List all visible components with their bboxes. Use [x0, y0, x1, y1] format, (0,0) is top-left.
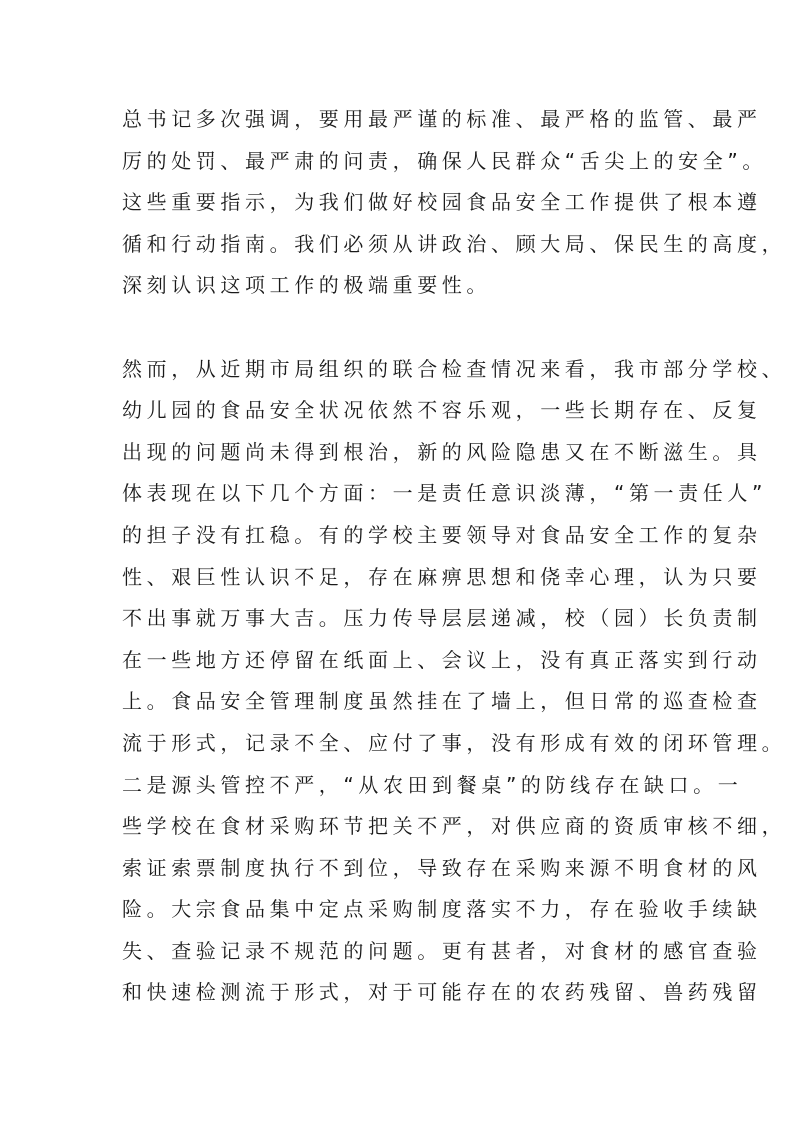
paragraph-1: 总书记多次强调，要用最严谨的标准、最严格的监管、最严 厉的处罚、最严肃的问责，确…: [122, 99, 678, 307]
text-line: 上。食品安全管理制度虽然挂在了墙上，但日常的巡查检查: [122, 681, 678, 723]
text-line: 总书记多次强调，要用最严谨的标准、最严格的监管、最严: [122, 99, 678, 141]
text-line: 在一些地方还停留在纸面上、会议上，没有真正落实到行动: [122, 640, 678, 682]
text-line: 然而，从近期市局组织的联合检查情况来看，我市部分学校、: [122, 349, 678, 391]
text-line: 幼儿园的食品安全状况依然不容乐观，一些长期存在、反复: [122, 390, 678, 432]
text-line: 流于形式，记录不全、应付了事，没有形成有效的闭环管理。: [122, 723, 678, 765]
text-line: 循和行动指南。我们必须从讲政治、顾大局、保民生的高度，: [122, 224, 678, 266]
document-page: 总书记多次强调，要用最严谨的标准、最严格的监管、最严 厉的处罚、最严肃的问责，确…: [122, 99, 678, 1014]
text-line: 性、艰巨性认识不足，存在麻痹思想和侥幸心理，认为只要: [122, 557, 678, 599]
text-line: 些学校在食材采购环节把关不严，对供应商的资质审核不细，: [122, 806, 678, 848]
text-line: 这些重要指示，为我们做好校园食品安全工作提供了根本遵: [122, 182, 678, 224]
paragraph-spacer: [122, 307, 678, 349]
text-line: 厉的处罚、最严肃的问责，确保人民群众“舌尖上的安全”。: [122, 141, 678, 183]
text-line: 不出事就万事大吉。压力传导层层递减，校（园）长负责制: [122, 598, 678, 640]
text-line: 二是源头管控不严，“从农田到餐桌”的防线存在缺口。一: [122, 765, 678, 807]
text-line: 失、查验记录不规范的问题。更有甚者，对食材的感官查验: [122, 931, 678, 973]
text-line: 出现的问题尚未得到根治，新的风险隐患又在不断滋生。具: [122, 432, 678, 474]
text-line: 险。大宗食品集中定点采购制度落实不力，存在验收手续缺: [122, 889, 678, 931]
text-line: 索证索票制度执行不到位，导致存在采购来源不明食材的风: [122, 848, 678, 890]
text-line: 的担子没有扛稳。有的学校主要领导对食品安全工作的复杂: [122, 515, 678, 557]
text-line: 和快速检测流于形式，对于可能存在的农药残留、兽药残留: [122, 972, 678, 1014]
text-line: 深刻认识这项工作的极端重要性。: [122, 265, 678, 307]
text-line: 体表现在以下几个方面：一是责任意识淡薄，“第一责任人”: [122, 473, 678, 515]
paragraph-2: 然而，从近期市局组织的联合检查情况来看，我市部分学校、 幼儿园的食品安全状况依然…: [122, 349, 678, 1015]
